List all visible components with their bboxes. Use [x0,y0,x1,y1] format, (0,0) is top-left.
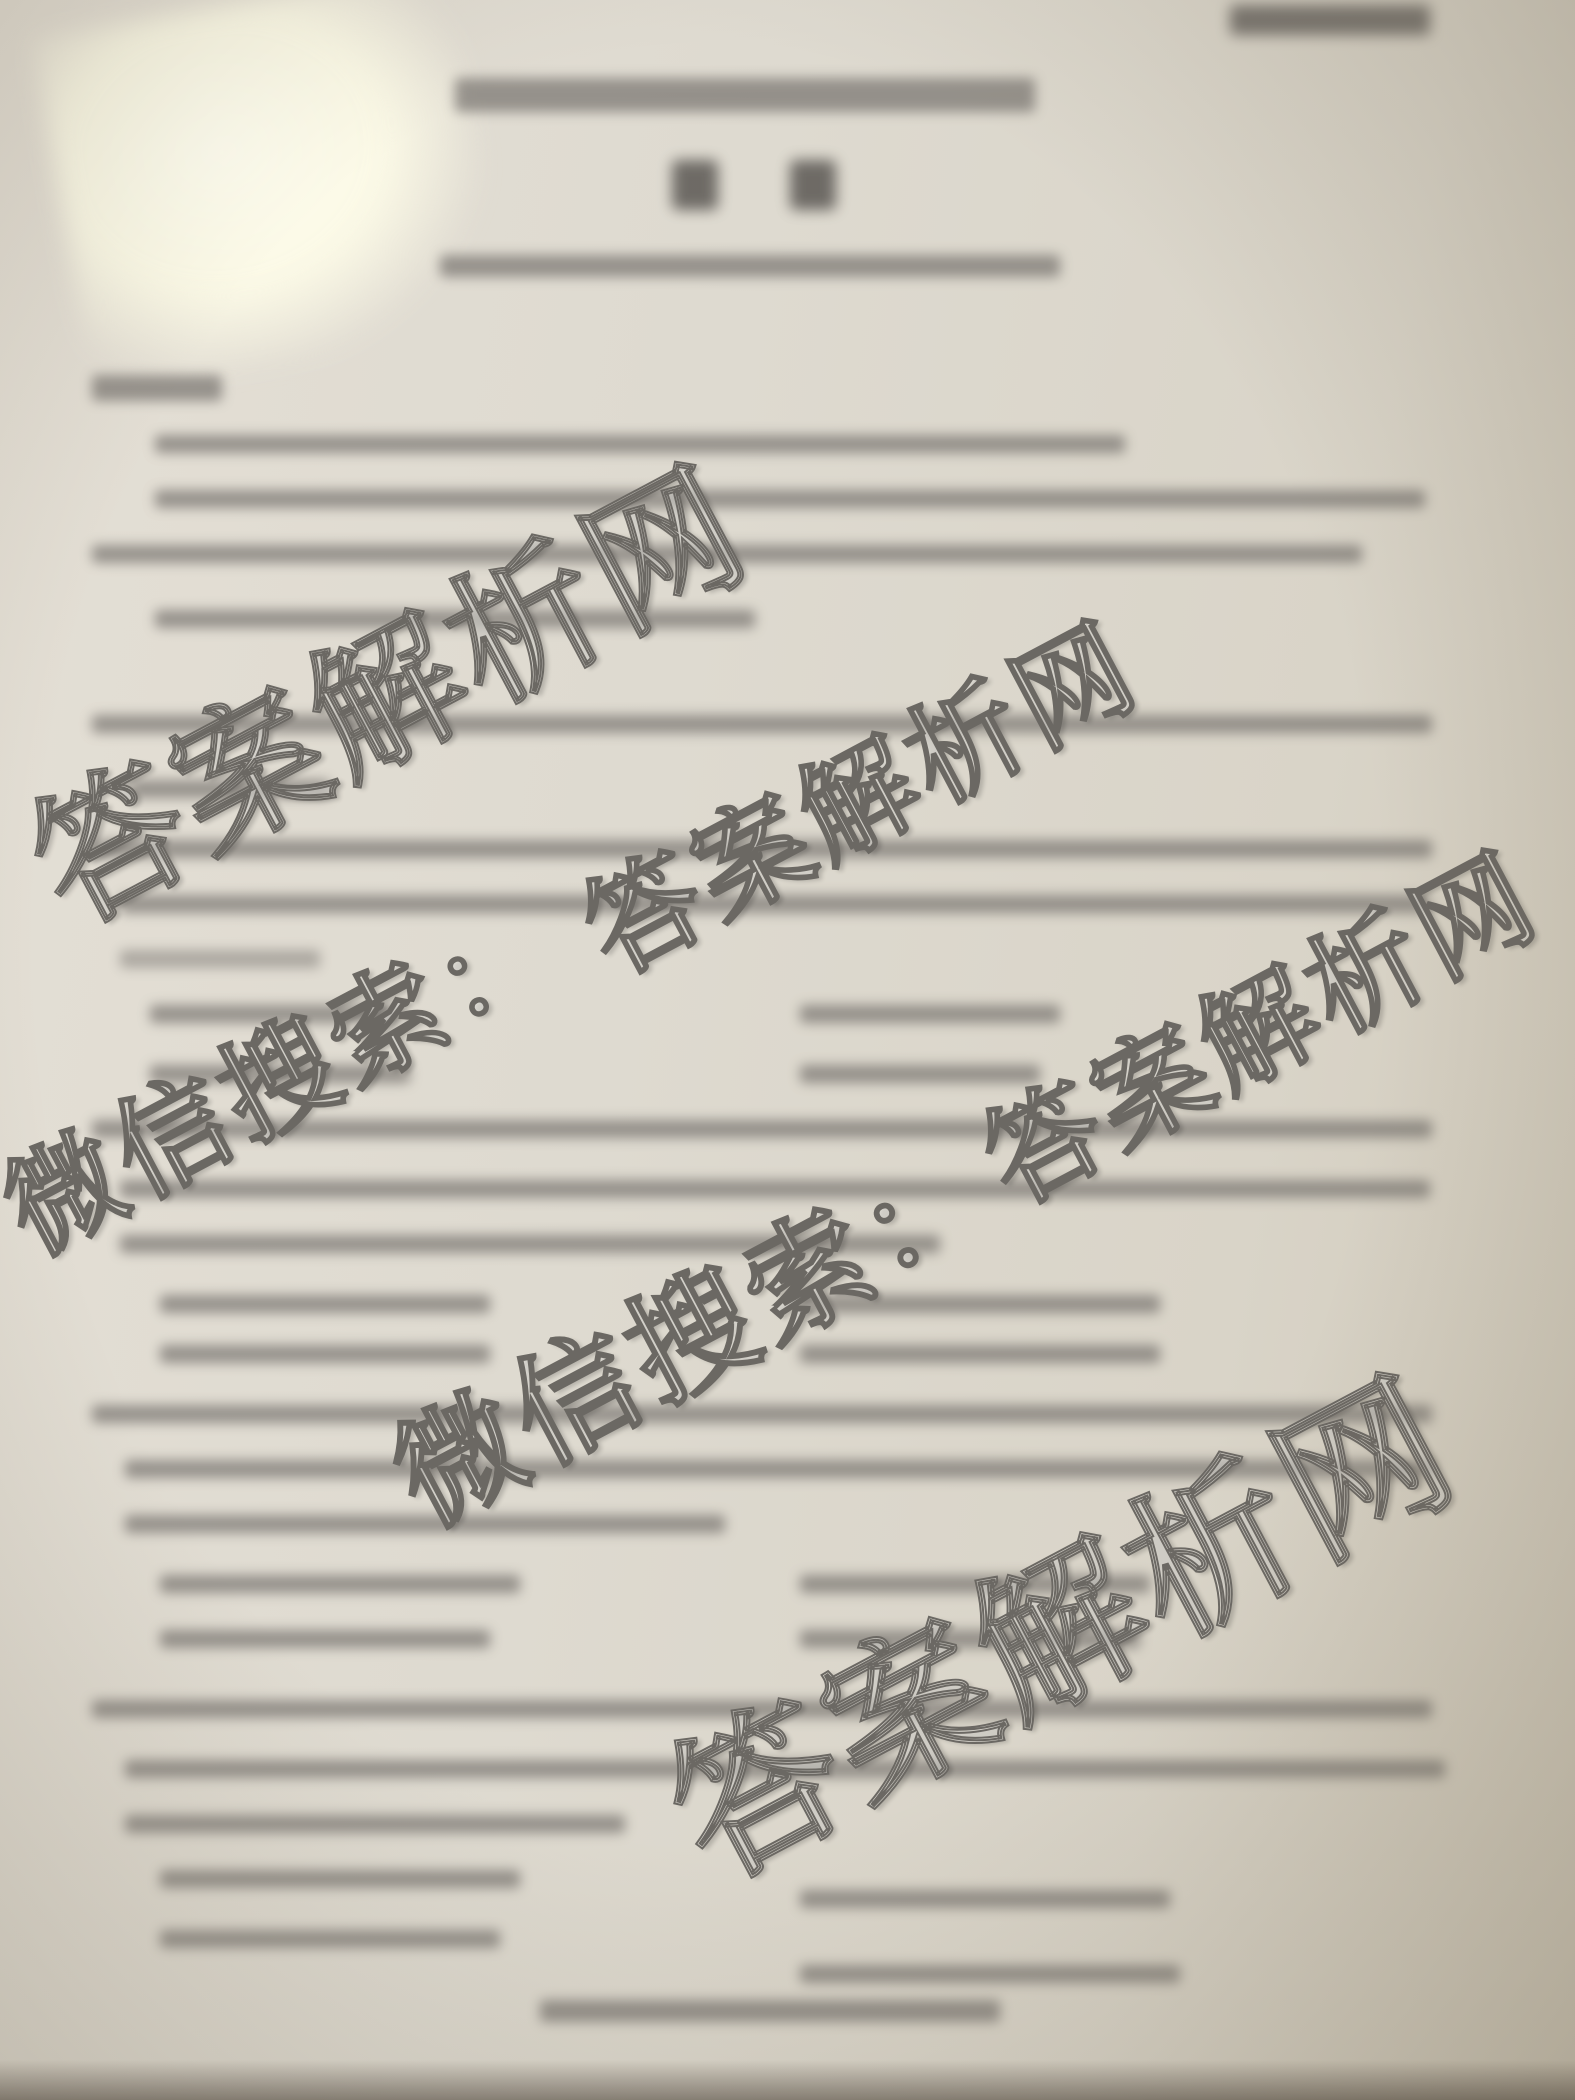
photo-vignette [0,0,1575,2100]
photo-bottom-edge [0,2060,1575,2100]
